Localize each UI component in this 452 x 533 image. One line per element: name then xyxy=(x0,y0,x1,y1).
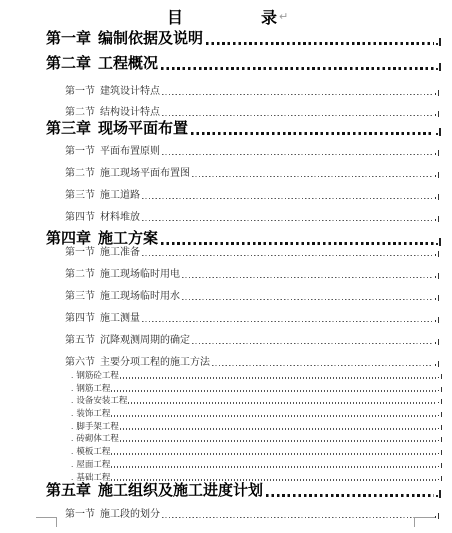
section-number: 第三节 xyxy=(65,190,95,201)
dot-leader xyxy=(142,198,432,200)
toc-entry-section[interactable]: 第六节 主要分项工程的施工方法 xyxy=(65,357,439,368)
section-title: 主要分项工程的施工方法 xyxy=(100,357,210,368)
toc-entry-subitem[interactable]: . 屋面工程 xyxy=(71,460,442,469)
paragraph-mark-icon xyxy=(435,172,440,178)
toc-entry-subitem[interactable]: . 脚手架工程 xyxy=(71,422,442,431)
section-number: 第二节 xyxy=(65,107,95,118)
section-title: 结构设计特点 xyxy=(100,107,160,118)
paragraph-mark-icon xyxy=(438,374,443,379)
section-number: 第四节 xyxy=(65,313,95,324)
paragraph-mark-icon xyxy=(438,425,443,430)
section-number: 第一节 xyxy=(65,247,95,258)
toc-entry-section[interactable]: 第二节 结构设计特点 xyxy=(65,107,439,118)
dot-leader xyxy=(111,453,435,455)
chapter-number: 第五章 xyxy=(46,483,91,499)
toc-entry-section[interactable]: 第五节 沉降观测周期的确定 xyxy=(65,335,439,346)
dot-leader xyxy=(120,377,436,379)
toc-entry-subitem[interactable]: . 钢筋砼工程 xyxy=(71,371,442,380)
dot-leader xyxy=(182,277,432,279)
paragraph-mark-icon xyxy=(438,476,443,481)
dot-leader xyxy=(206,42,433,45)
toc-entry-section[interactable]: 第三节 施工现场临时用水 xyxy=(65,291,439,302)
toc-entry-chapter-1[interactable]: 第一章 编制依据及说明 xyxy=(46,31,441,47)
margin-cropmark-left-icon xyxy=(36,517,57,527)
dot-leader xyxy=(162,517,432,519)
chapter-title: 编制依据及说明 xyxy=(98,31,203,47)
paragraph-mark-icon xyxy=(438,463,443,468)
section-title: 沉降观测周期的确定 xyxy=(100,335,190,346)
dot-leader xyxy=(142,321,432,323)
chapter-number: 第四章 xyxy=(46,231,91,247)
dot-leader xyxy=(182,299,432,301)
section-number: 第三节 xyxy=(65,291,95,302)
paragraph-mark-icon xyxy=(438,412,443,417)
paragraph-mark-icon xyxy=(436,238,442,246)
dot-leader xyxy=(192,176,432,178)
toc-entry-section[interactable]: 第二节 施工现场平面布置图 xyxy=(65,168,439,179)
margin-cropmark-right-icon xyxy=(414,517,435,527)
dot-leader xyxy=(162,94,432,96)
section-title: 平面布置原则 xyxy=(100,146,160,157)
paragraph-mark-icon xyxy=(436,490,442,498)
line-break-mark-icon: ↵ xyxy=(279,10,288,23)
toc-entry-section[interactable]: 第四节 材料堆放 xyxy=(65,212,439,223)
section-number: 第五节 xyxy=(65,335,95,346)
subitem-title: 屋面工程 xyxy=(76,460,110,469)
toc-entry-section[interactable]: 第一节 施工段的划分 xyxy=(65,509,439,520)
subitem-title: 脚手架工程 xyxy=(76,422,119,431)
dot-leader xyxy=(120,428,436,430)
section-title: 施工段的划分 xyxy=(100,509,160,520)
paragraph-mark-icon xyxy=(435,251,440,257)
toc-title-char-1: 目 xyxy=(167,5,183,28)
subitem-prefix: . xyxy=(71,473,73,482)
subitem-title: 装饰工程 xyxy=(76,409,110,418)
subitem-prefix: . xyxy=(71,434,73,443)
section-title: 施工道路 xyxy=(100,190,140,201)
toc-entry-chapter-3[interactable]: 第三章 现场平面布置 xyxy=(46,121,441,137)
section-number: 第一节 xyxy=(65,86,95,97)
toc-entry-subitem[interactable]: . 模板工程 xyxy=(71,447,442,456)
subitem-prefix: . xyxy=(71,409,73,418)
dot-leader xyxy=(162,154,432,156)
toc-entry-chapter-4[interactable]: 第四章 施工方案 xyxy=(46,231,441,247)
dot-leader xyxy=(192,343,432,345)
toc-entry-subitem[interactable]: . 砖砌体工程 xyxy=(71,434,442,443)
paragraph-mark-icon xyxy=(435,150,440,156)
section-number: 第四节 xyxy=(65,212,95,223)
chapter-title: 施工方案 xyxy=(98,231,158,247)
paragraph-mark-icon xyxy=(435,513,440,519)
dot-leader xyxy=(161,242,433,245)
paragraph-mark-icon xyxy=(438,387,443,392)
section-title: 施工现场平面布置图 xyxy=(100,168,190,179)
section-title: 建筑设计特点 xyxy=(100,86,160,97)
subitem-prefix: . xyxy=(71,396,73,405)
subitem-title: 钢筋砼工程 xyxy=(76,371,119,380)
chapter-title: 现场平面布置 xyxy=(98,121,188,137)
paragraph-mark-icon xyxy=(435,361,440,367)
section-title: 施工测量 xyxy=(100,313,140,324)
paragraph-mark-icon xyxy=(438,399,443,404)
dot-leader xyxy=(120,440,436,442)
section-title: 施工准备 xyxy=(100,247,140,258)
paragraph-mark-icon xyxy=(435,273,440,279)
paragraph-mark-icon xyxy=(435,339,440,345)
paragraph-mark-icon xyxy=(435,216,440,222)
subitem-title: 砖砌体工程 xyxy=(76,434,119,443)
subitem-prefix: . xyxy=(71,384,73,393)
subitem-prefix: . xyxy=(71,371,73,380)
paragraph-mark-icon xyxy=(436,63,442,71)
section-title: 材料堆放 xyxy=(100,212,140,223)
toc-entry-section[interactable]: 第四节 施工测量 xyxy=(65,313,439,324)
dot-leader xyxy=(128,402,435,404)
toc-entry-section[interactable]: 第一节 平面布置原则 xyxy=(65,146,439,157)
section-number: 第一节 xyxy=(65,146,95,157)
toc-entry-subitem[interactable]: . 装饰工程 xyxy=(71,409,442,418)
chapter-number: 第二章 xyxy=(46,56,91,72)
paragraph-mark-icon xyxy=(436,128,442,136)
chapter-number: 第一章 xyxy=(46,31,91,47)
dot-leader xyxy=(111,479,435,481)
subitem-prefix: . xyxy=(71,447,73,456)
dot-leader xyxy=(142,255,432,257)
toc-entry-section[interactable]: 第一节 施工准备 xyxy=(65,247,439,258)
section-number: 第二节 xyxy=(65,168,95,179)
dot-leader xyxy=(212,365,432,367)
paragraph-mark-icon xyxy=(436,38,442,46)
subitem-title: 基础工程 xyxy=(76,473,110,482)
dot-leader xyxy=(266,494,433,497)
paragraph-mark-icon xyxy=(435,295,440,301)
dot-leader xyxy=(191,132,433,135)
chapter-title: 工程概况 xyxy=(98,56,158,72)
chapter-title: 施工组织及施工进度计划 xyxy=(98,483,263,499)
toc-title: 目 录 ↵ xyxy=(167,5,288,28)
paragraph-mark-icon xyxy=(438,450,443,455)
dot-leader xyxy=(111,390,435,392)
section-title: 施工现场临时用水 xyxy=(100,291,180,302)
dot-leader xyxy=(111,466,435,468)
section-title: 施工现场临时用电 xyxy=(100,269,180,280)
toc-entry-chapter-2[interactable]: 第二章 工程概况 xyxy=(46,56,441,72)
section-number: 第一节 xyxy=(65,509,95,520)
subitem-prefix: . xyxy=(71,422,73,431)
dot-leader xyxy=(142,220,432,222)
paragraph-mark-icon xyxy=(435,317,440,323)
toc-entry-section[interactable]: 第三节 施工道路 xyxy=(65,190,439,201)
toc-entry-subitem[interactable]: . 钢筋工程 xyxy=(71,384,442,393)
chapter-number: 第三章 xyxy=(46,121,91,137)
subitem-title: 设备安装工程 xyxy=(76,396,127,405)
paragraph-mark-icon xyxy=(438,437,443,442)
toc-entry-section[interactable]: 第二节 施工现场临时用电 xyxy=(65,269,439,280)
section-number: 第二节 xyxy=(65,269,95,280)
paragraph-mark-icon xyxy=(435,90,440,96)
toc-entry-subitem[interactable]: . 设备安装工程 xyxy=(71,396,442,405)
subitem-title: 模板工程 xyxy=(76,447,110,456)
section-number: 第六节 xyxy=(65,357,95,368)
paragraph-mark-icon xyxy=(435,111,440,117)
toc-entry-section[interactable]: 第一节 建筑设计特点 xyxy=(65,86,439,97)
toc-entry-chapter-5[interactable]: 第五章 施工组织及施工进度计划 xyxy=(46,483,441,499)
toc-entry-subitem[interactable]: . 基础工程 xyxy=(71,473,442,482)
document-page: 目 录 ↵ 第一章 编制依据及说明 第二章 工程概况 第一节 建筑设计特点 第二… xyxy=(0,0,452,533)
dot-leader xyxy=(111,415,435,417)
dot-leader xyxy=(161,67,433,70)
dot-leader xyxy=(162,115,432,117)
subitem-prefix: . xyxy=(71,460,73,469)
subitem-title: 钢筋工程 xyxy=(76,384,110,393)
toc-title-char-2: 录 xyxy=(261,5,277,28)
paragraph-mark-icon xyxy=(435,194,440,200)
